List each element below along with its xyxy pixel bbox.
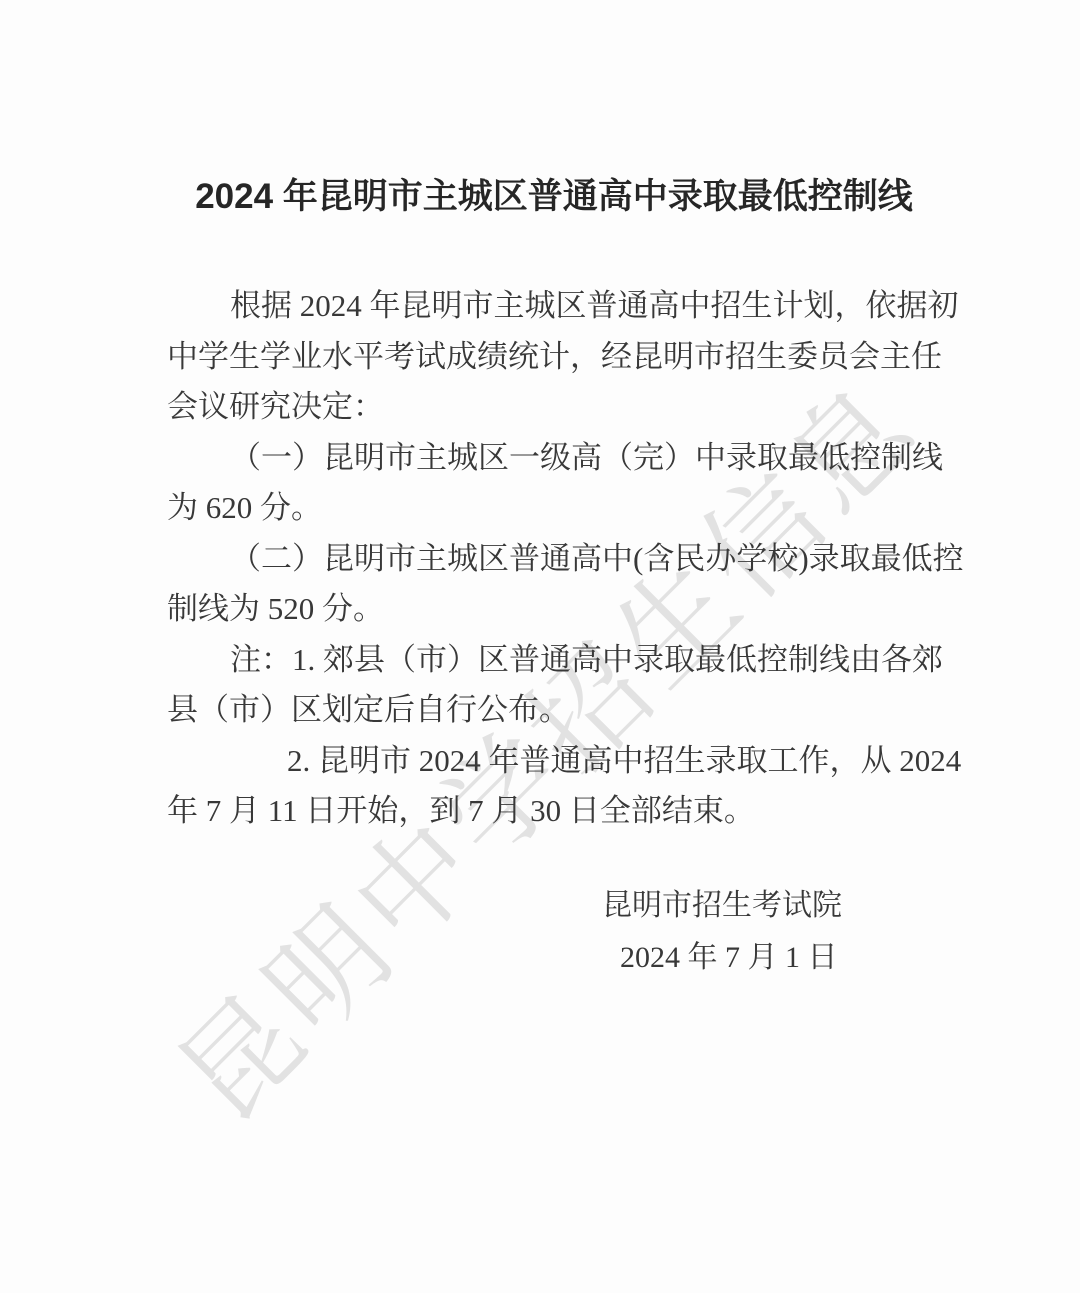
body-line: 制线为 520 分。 [167,584,927,635]
body-line: 2. 昆明市 2024 年普通高中招生录取工作，从 2024 [167,736,927,787]
issue-date: 2024 年 7 月 1 日 [620,938,838,978]
body-line: （一）昆明市主城区一级高（完）中录取最低控制线 [167,433,927,484]
body-line: （二）昆明市主城区普通高中(含民办学校)录取最低控 [167,534,927,585]
body-line: 中学生学业水平考试成绩统计，经昆明市招生委员会主任 [167,332,927,383]
issuer-signature: 昆明市招生考试院 [602,886,842,926]
body-line: 注：1. 郊县（市）区普通高中录取最低控制线由各郊 [167,635,927,686]
document-title: 2024 年昆明市主城区普通高中录取最低控制线 [0,173,1080,221]
body-line: 为 620 分。 [167,483,927,534]
body-line: 年 7 月 11 日开始，到 7 月 30 日全部结束。 [167,786,927,837]
document-body: 根据 2024 年昆明市主城区普通高中招生计划，依据初 中学生学业水平考试成绩统… [167,281,927,837]
body-line: 根据 2024 年昆明市主城区普通高中招生计划，依据初 [167,281,927,332]
document-page: 昆明中学招生信息 2024 年昆明市主城区普通高中录取最低控制线 根据 2024… [0,0,1080,1293]
body-line: 县（市）区划定后自行公布。 [167,685,927,736]
body-line: 会议研究决定： [167,382,927,433]
